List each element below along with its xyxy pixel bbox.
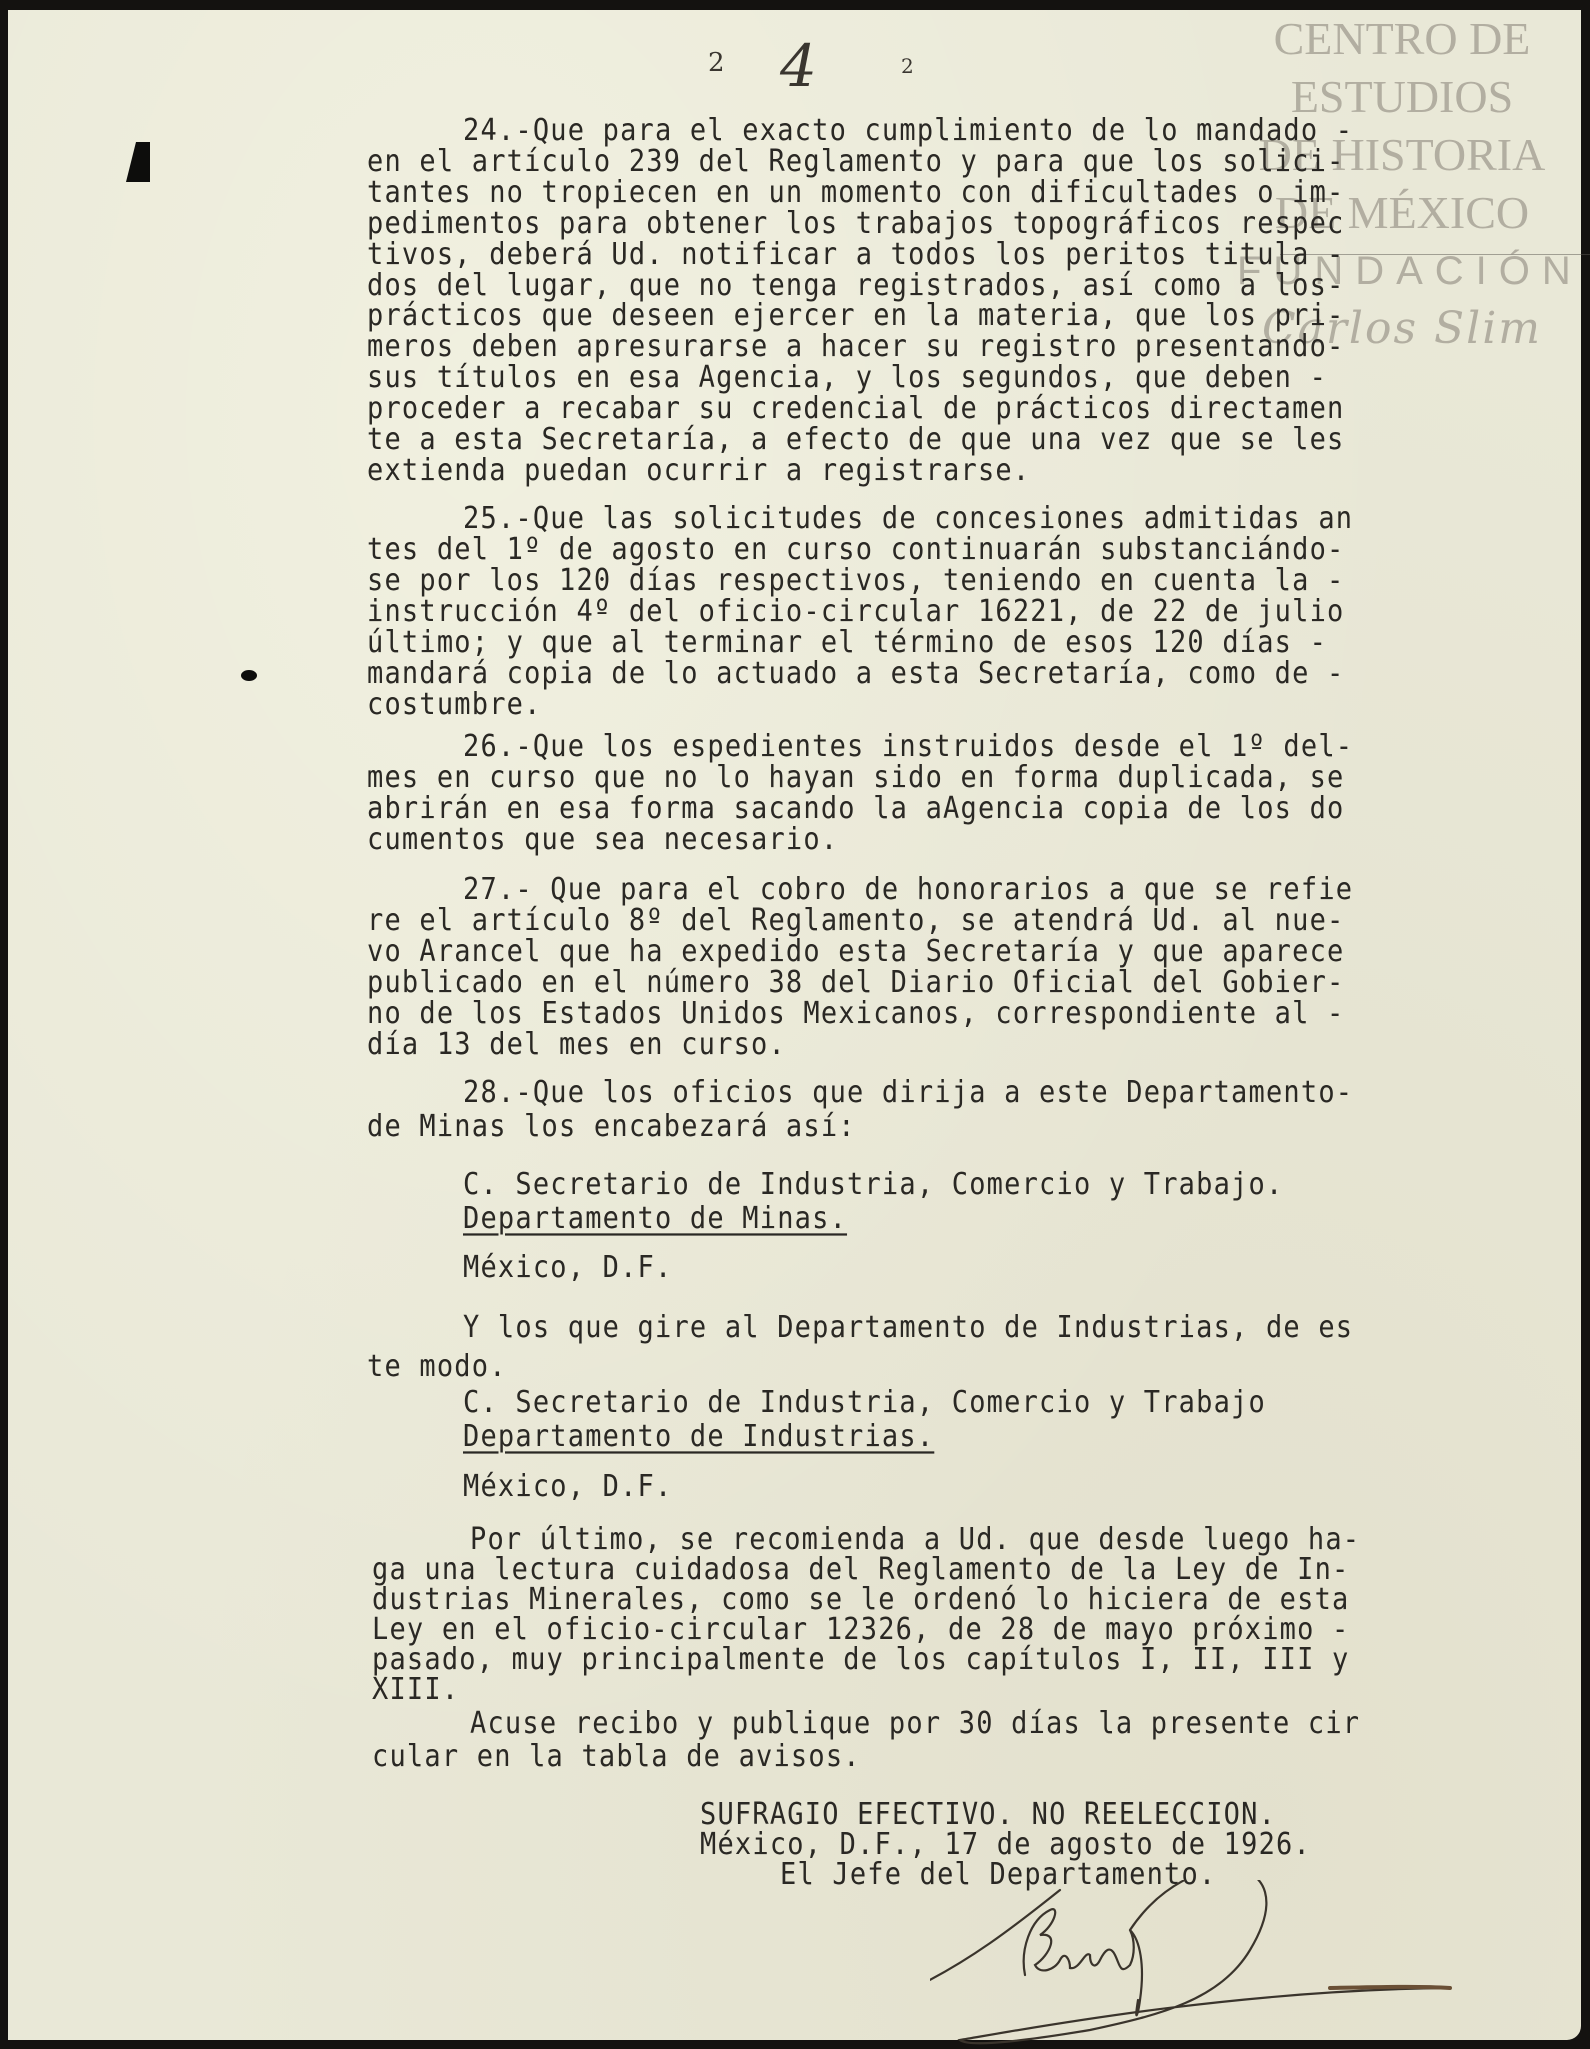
text-line: extienda puedan ocurrir a registrarse. [367, 454, 1030, 488]
text-line: mandará copia de lo actuado a esta Secre… [367, 657, 1345, 691]
text-line: tes del 1º de agosto en curso continuará… [367, 533, 1345, 567]
text-line: 24.-Que para el exacto cumplimiento de l… [463, 114, 1353, 148]
text-line: cumentos que sea necesario. [367, 823, 838, 857]
text-line: sus títulos en esa Agencia, y los segund… [367, 361, 1327, 395]
page-mark-left: 2 [708, 48, 725, 78]
text-line: pasado, muy principalmente de los capítu… [372, 1643, 1350, 1677]
page-number: 4 [780, 32, 817, 100]
text-line: mes en curso que no lo hayan sido en for… [367, 761, 1345, 795]
text-line: instrucción 4º del oficio-circular 16221… [367, 595, 1345, 629]
text-line: XIII. [372, 1673, 459, 1707]
text-line: no de los Estados Unidos Mexicanos, corr… [367, 997, 1345, 1031]
text-line: pedimentos para obtener los trabajos top… [367, 207, 1345, 241]
text-line: último; y que al terminar el término de … [367, 626, 1327, 660]
text-line: día 13 del mes en curso. [367, 1028, 786, 1062]
text-line: 26.-Que los espedientes instruidos desde… [463, 730, 1353, 764]
text-line: tivos, deberá Ud. notificar a todos los … [367, 238, 1345, 272]
text-line: de Minas los encabezará así: [367, 1110, 856, 1144]
heading-line: C. Secretario de Industria, Comercio y T… [463, 1386, 1266, 1420]
text-line: tantes no tropiecen en un momento con di… [367, 176, 1345, 210]
text-line: se por los 120 días respectivos, teniend… [367, 564, 1345, 598]
ink-blot-mark [126, 142, 150, 182]
text-line: cular en la tabla de avisos. [372, 1740, 861, 1774]
heading-line: México, D.F. [463, 1251, 672, 1285]
heading-line-underlined: Departamento de Industrias. [463, 1420, 934, 1454]
text-line: te a esta Secretaría, a efecto de que un… [367, 423, 1345, 457]
text-line: te modo. [367, 1350, 507, 1384]
text-line: en el artículo 239 del Reglamento y para… [367, 145, 1345, 179]
text-line: re el artículo 8º del Reglamento, se ate… [367, 904, 1345, 938]
text-line: 27.- Que para el cobro de honorarios a q… [463, 873, 1353, 907]
text-line: 28.-Que los oficios que dirija a este De… [463, 1076, 1353, 1110]
heading-line: México, D.F. [463, 1470, 672, 1504]
text-line: vo Arancel que ha expedido esta Secretar… [367, 935, 1345, 969]
signature [930, 1880, 1550, 2049]
page-mark-right: 2 [901, 54, 914, 78]
text-line: abrirán en esa forma sacando la aAgencia… [367, 792, 1345, 826]
text-line: proceder a recabar su credencial de prác… [367, 392, 1345, 426]
text-line: meros deben apresurarse a hacer su regis… [367, 330, 1345, 364]
text-line: Acuse recibo y publique por 30 días la p… [470, 1707, 1360, 1741]
heading-line: C. Secretario de Industria, Comercio y T… [463, 1168, 1283, 1202]
text-line: costumbre. [367, 688, 542, 722]
text-line: Y los que gire al Departamento de Indust… [463, 1311, 1353, 1345]
watermark-line: CENTRO DE [1237, 10, 1567, 68]
text-line: publicado en el número 38 del Diario Ofi… [367, 966, 1345, 1000]
text-line: prácticos que deseen ejercer en la mater… [367, 299, 1345, 333]
text-line: 25.-Que las solicitudes de concesiones a… [463, 502, 1353, 536]
document-page: 2 4 2 CENTRO DE ESTUDIOS DE HISTORIA DE … [8, 10, 1581, 2040]
ink-dot-mark [241, 670, 257, 681]
heading-line-underlined: Departamento de Minas. [463, 1202, 847, 1236]
